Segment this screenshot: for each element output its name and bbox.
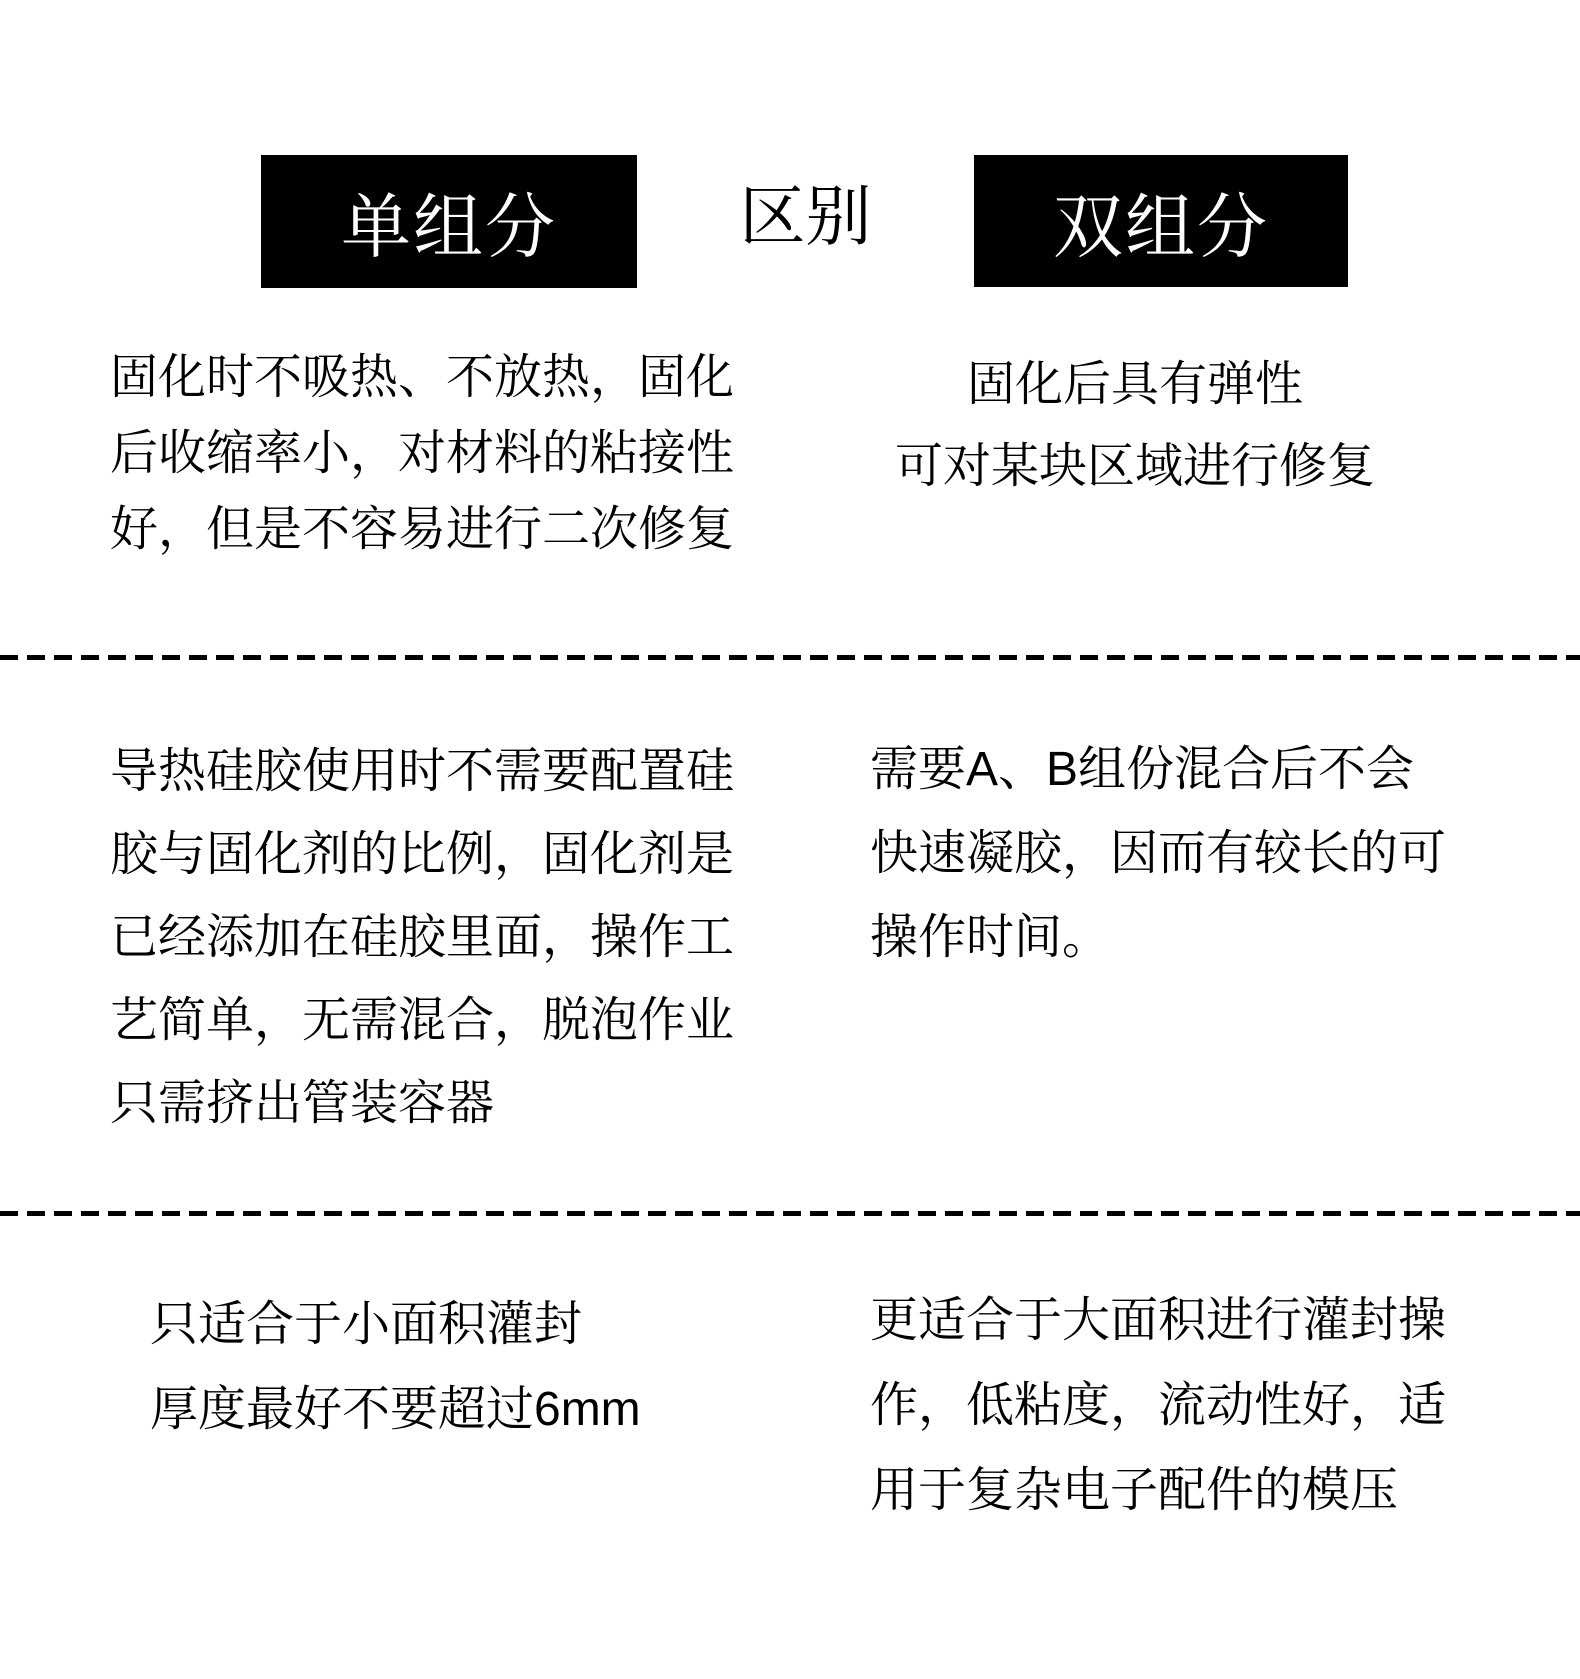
row2-right-text: 需要A、B组份混合后不会 快速凝胶，因而有较长的可 操作时间。 xyxy=(870,728,1446,980)
text-line: 固化时不吸热、不放热，固化 xyxy=(110,340,734,416)
text-line: 需要A、B组份混合后不会 xyxy=(870,728,1446,812)
text-line: 导热硅胶使用时不需要配置硅 xyxy=(110,730,734,813)
text-line: 用于复杂电子配件的模压 xyxy=(870,1448,1446,1533)
dashed-divider xyxy=(0,1211,1580,1216)
text-line: 只需挤出管装容器 xyxy=(110,1062,734,1145)
text-line: 操作时间。 xyxy=(870,896,1446,980)
text-line: 艺简单，无需混合，脱泡作业 xyxy=(110,979,734,1062)
comparison-infographic: 单组分 区别 双组分 固化时不吸热、不放热，固化 后收缩率小，对材料的粘接性 好… xyxy=(0,0,1580,1679)
row3-right-text: 更适合于大面积进行灌封操 作，低粘度，流动性好，适 用于复杂电子配件的模压 xyxy=(870,1278,1446,1533)
text-line: 固化后具有弹性 xyxy=(870,344,1400,426)
row2-left-text: 导热硅胶使用时不需要配置硅 胶与固化剂的比例，固化剂是 已经添加在硅胶里面，操作… xyxy=(110,730,734,1145)
text-line: 作，低粘度，流动性好，适 xyxy=(870,1363,1446,1448)
text-line: 后收缩率小，对材料的粘接性 xyxy=(110,416,734,492)
row1-right-text: 固化后具有弹性 可对某块区域进行修复 xyxy=(870,344,1400,508)
dashed-divider xyxy=(0,655,1580,660)
difference-label: 区别 xyxy=(637,180,974,252)
text-line: 快速凝胶，因而有较长的可 xyxy=(870,812,1446,896)
left-header-badge: 单组分 xyxy=(261,155,637,288)
text-line: 胶与固化剂的比例，固化剂是 xyxy=(110,813,734,896)
row3-left-text: 只适合于小面积灌封 厚度最好不要超过6mm xyxy=(150,1282,641,1452)
text-line: 更适合于大面积进行灌封操 xyxy=(870,1278,1446,1363)
right-header-badge: 双组分 xyxy=(974,155,1348,287)
row1-left-text: 固化时不吸热、不放热，固化 后收缩率小，对材料的粘接性 好，但是不容易进行二次修… xyxy=(110,340,734,568)
text-line: 好，但是不容易进行二次修复 xyxy=(110,492,734,568)
text-line: 厚度最好不要超过6mm xyxy=(150,1367,641,1452)
text-line: 已经添加在硅胶里面，操作工 xyxy=(110,896,734,979)
text-line: 只适合于小面积灌封 xyxy=(150,1282,641,1367)
text-line: 可对某块区域进行修复 xyxy=(870,426,1400,508)
